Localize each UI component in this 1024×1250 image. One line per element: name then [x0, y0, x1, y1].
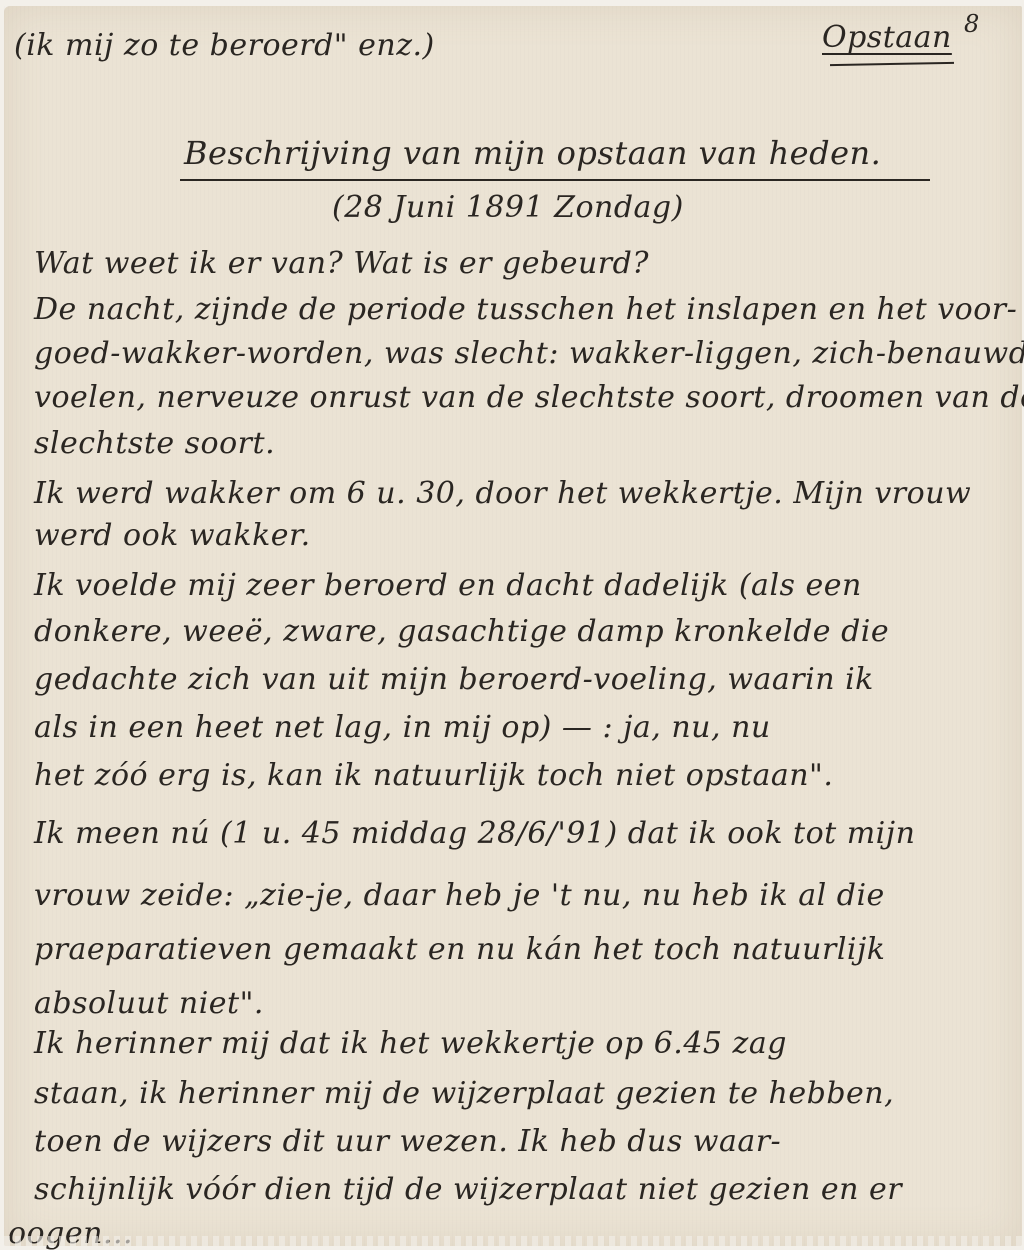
text-line-7: werd ook wakker.: [34, 518, 311, 553]
text-line-15: praeparatieven gemaakt en nu kán het toc…: [34, 932, 885, 967]
title-underline: [180, 179, 930, 181]
carryover-line: (ik mij zo te beroerd" enz.): [14, 28, 435, 63]
page-title: Beschrijving van mijn opstaan van heden.: [184, 134, 881, 172]
text-line-14: vrouw zeide: „zie-je, daar heb je 't nu,…: [34, 878, 885, 913]
text-line-4: voelen, nerveuze onrust van de slechtste…: [34, 380, 1024, 415]
text-line-20: schijnlijk vóór dien tijd de wijzerplaat…: [34, 1172, 902, 1207]
date-line: (28 Juni 1891 Zondag): [332, 190, 684, 225]
text-line-9: donkere, weeë, zware, gasachtige damp kr…: [34, 614, 889, 649]
text-line-3: goed-wakker-worden, was slecht: wakker-l…: [34, 336, 1024, 371]
text-line-19: toen de wijzers dit uur wezen. Ik heb du…: [34, 1124, 781, 1159]
text-line-11: als in een heet net lag, in mij op) — : …: [34, 710, 771, 745]
section-label-underline: [830, 62, 954, 66]
text-line-6: Ik werd wakker om 6 u. 30, door het wekk…: [34, 476, 971, 511]
text-line-5: slechtste soort.: [34, 426, 275, 461]
page-number: 8: [964, 10, 980, 38]
text-line-17: Ik herinner mij dat ik het wekkertje op …: [34, 1026, 787, 1061]
text-line-1: Wat weet ik er van? Wat is er gebeurd?: [34, 246, 649, 281]
text-line-13: Ik meen nú (1 u. 45 middag 28/6/'91) dat…: [34, 816, 915, 851]
text-line-10: gedachte zich van uit mijn beroerd-voeli…: [34, 662, 874, 697]
text-line-2: De nacht, zijnde de periode tusschen het…: [34, 292, 1017, 327]
manuscript-page: (ik mij zo te beroerd" enz.) Opstaan 8 B…: [4, 6, 1022, 1246]
torn-edge: [4, 1236, 1022, 1246]
text-line-18: staan, ik herinner mij de wijzerplaat ge…: [34, 1076, 894, 1111]
text-line-8: Ik voelde mij zeer beroerd en dacht dade…: [34, 568, 862, 603]
text-line-16: absoluut niet".: [34, 986, 264, 1021]
text-line-12: het zóó erg is, kan ik natuurlijk toch n…: [34, 758, 833, 793]
section-label: Opstaan: [822, 20, 952, 55]
